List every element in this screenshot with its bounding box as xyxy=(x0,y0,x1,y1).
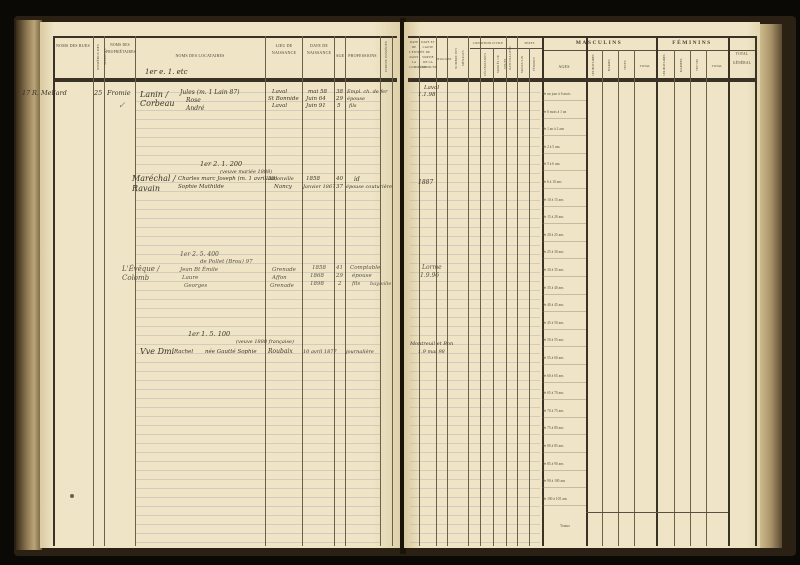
book-edge-right xyxy=(760,24,782,548)
page-hole-mark xyxy=(70,494,74,498)
age-row-rule xyxy=(542,434,586,435)
subheader-rule xyxy=(542,50,755,51)
col-line xyxy=(468,36,469,546)
col-line xyxy=(506,36,507,546)
entry-lieu: Nancy xyxy=(274,183,292,192)
col-line xyxy=(265,36,266,546)
age-row-label: De 85 à 90 ans xyxy=(542,462,586,466)
age-row-label: De 30 à 35 ans xyxy=(542,268,586,272)
entry-date: Janvier 1867 xyxy=(303,183,335,192)
entry-nom: Maréchal / Ravain xyxy=(132,174,177,194)
age-row-rule xyxy=(542,329,586,330)
header-f-celibataires: Célibataires xyxy=(661,54,669,76)
book-spine-left xyxy=(16,20,42,550)
age-row-rule xyxy=(542,382,586,383)
age-row-rule xyxy=(542,346,586,347)
age-row-label: De 65 à 70 ans xyxy=(542,391,586,395)
totals-label: Totaux xyxy=(560,524,604,528)
header-feminin: Féminin xyxy=(531,52,539,76)
age-row-label: De 10 à 15 ans xyxy=(542,198,586,202)
entry-date-entree: 1.1.98 xyxy=(418,91,436,100)
header-m-maries: Mariés xyxy=(606,54,614,76)
entry-date: Juin 91 xyxy=(306,102,326,111)
header-locataires: NOMS DES LOCATAIRES xyxy=(140,52,260,59)
age-row-label: De 1 an à 2 ans xyxy=(542,127,586,131)
header-sexes: SEXES xyxy=(517,40,542,47)
age-row-label: De 45 à 50 ans xyxy=(542,321,586,325)
age-row-label: De 75 à 80 ans xyxy=(542,426,586,430)
entry-profession: fils xyxy=(349,102,357,111)
age-row-label: De un jour à 6 mois xyxy=(542,92,586,96)
age-row-rule xyxy=(542,399,586,400)
age-row-rule xyxy=(542,100,586,101)
age-row-rule xyxy=(542,470,586,471)
age-row-label: De 6 à 10 ans xyxy=(542,180,586,184)
header-masculins: MASCULINS xyxy=(542,40,656,47)
col-line xyxy=(436,36,437,546)
entry-date-entree: 1.9.96 xyxy=(420,271,439,280)
header-date-sortie: DATE et CAUSE de sortie de la commune xyxy=(420,40,436,70)
age-row-rule xyxy=(542,311,586,312)
col-line xyxy=(334,36,335,546)
header-f-total: TOTAL xyxy=(707,63,727,70)
age-row-rule xyxy=(542,258,586,259)
entry-date-entree: 1.9 mai 98 xyxy=(418,348,445,357)
col-line xyxy=(419,36,420,546)
entry-note: (veuve 1888 française) xyxy=(236,338,294,347)
age-row-label: De 40 à 45 ans xyxy=(542,303,586,307)
entry-lieu: Roubaix xyxy=(268,347,293,356)
header-celibataires: Célibataires xyxy=(482,52,490,76)
age-row-rule xyxy=(542,487,586,488)
ruled-lines-birth xyxy=(266,84,380,544)
col-line xyxy=(602,50,603,546)
entry-nom: Vve Dmi xyxy=(140,347,174,356)
age-row-label: De 60 à 65 ans xyxy=(542,374,586,378)
age-row-rule xyxy=(542,135,586,136)
header-maries: Mariés ou veufs xyxy=(495,52,503,76)
col-line xyxy=(480,36,481,546)
col-line xyxy=(447,36,448,546)
col-line xyxy=(135,36,136,546)
entry-lieu: Grenade xyxy=(270,282,294,291)
header-m-total: TOTAL xyxy=(635,63,655,70)
age-row-label: De 2 à 5 ans xyxy=(542,145,586,149)
right-header-bottom-rule xyxy=(408,80,755,82)
age-row-rule xyxy=(542,241,586,242)
header-m-celibataires: Célibataires xyxy=(590,54,598,76)
entry-profession: fils xyxy=(352,280,360,289)
header-vertical: CHIENS POSSÉDÉS xyxy=(383,38,391,76)
col-line xyxy=(380,36,381,546)
age-row-rule xyxy=(542,188,586,189)
age-row-rule xyxy=(542,118,586,119)
age-row-label: De 6 mois à 1 an xyxy=(542,110,586,114)
age-row-label: De 55 à 60 ans xyxy=(542,356,586,360)
header-rues: NOMS des RUES xyxy=(55,42,91,49)
col-line xyxy=(53,36,55,546)
header-total-general: TOTAL GÉNÉRAL xyxy=(729,50,755,68)
age-row-rule xyxy=(542,206,586,207)
entry-age: 5 xyxy=(337,102,341,111)
entry-prenom: André xyxy=(186,104,204,113)
header-age: AGE xyxy=(335,52,345,59)
age-row-label: De 5 à 6 ans xyxy=(542,162,586,166)
col-line xyxy=(493,48,494,546)
entry-prenom: née Gautté Sophie xyxy=(205,348,257,357)
entry-note: 1er 1. 5. 100 xyxy=(188,330,230,339)
header-numeros: NUMÉROS des MAISONS xyxy=(95,40,103,74)
header-f-mariees: Mariées xyxy=(678,54,686,76)
col-line xyxy=(728,36,730,546)
col-line xyxy=(706,50,707,546)
age-row-rule xyxy=(542,417,586,418)
totals-rule xyxy=(586,512,728,513)
header-date-entree: DATE de l'entrée dans la commune xyxy=(409,40,419,70)
age-row-rule xyxy=(542,364,586,365)
entry-proprietaire: Fromie xyxy=(107,89,131,98)
entry-lieu: Laval xyxy=(272,102,287,111)
entry-row-number: 17 xyxy=(22,89,30,98)
age-row-label: De 20 à 25 ans xyxy=(542,233,586,237)
age-row-rule xyxy=(542,223,586,224)
col-line xyxy=(656,36,658,546)
age-row-label: De 15 à 20 ans xyxy=(542,215,586,219)
col-line xyxy=(690,50,691,546)
entry-age: 37 xyxy=(336,183,343,192)
col-line xyxy=(674,50,675,546)
age-row-label: De 90 à 100 ans xyxy=(542,479,586,483)
entry-nom: Lanin / Corbeau xyxy=(140,90,180,108)
age-row-rule xyxy=(542,294,586,295)
entry-prenom: Sophie Mathilde xyxy=(178,183,224,192)
ruled-lines-locataires xyxy=(136,84,266,544)
age-row-label: De 100 à 105 ans xyxy=(542,497,586,501)
header-condition-civile: CONDITION CIVILE xyxy=(470,40,506,47)
age-row-rule xyxy=(542,170,586,171)
age-row-label: De 80 à 85 ans xyxy=(542,444,586,448)
ruled-lines-right xyxy=(410,84,540,544)
age-row-label: De 35 à 40 ans xyxy=(542,286,586,290)
age-row-label: De 70 à 75 ans xyxy=(542,409,586,413)
col-line xyxy=(618,50,619,546)
col-line xyxy=(392,36,393,546)
entry-date: 1898 xyxy=(310,280,324,289)
header-ages: AGES xyxy=(542,63,586,70)
entry-extra: bay/ville xyxy=(370,280,391,289)
entry-age: 2 xyxy=(338,280,342,289)
age-row-rule xyxy=(542,505,586,506)
header-nationalites: Nationalités xyxy=(507,42,515,74)
header-lieu: LIEU de NAISSANCE xyxy=(267,42,301,56)
col-line xyxy=(93,36,94,546)
col-line xyxy=(104,36,105,546)
header-m-veufs: Veufs xyxy=(622,54,630,76)
entry-profession: épouse couturière xyxy=(346,183,392,192)
age-row-rule xyxy=(542,452,586,453)
entry-nom: L'Évêque / Colomb xyxy=(122,265,177,283)
age-row-rule xyxy=(542,276,586,277)
col-line xyxy=(345,36,346,546)
col-line xyxy=(302,36,303,546)
age-row-label: De 25 à 30 ans xyxy=(542,250,586,254)
header-proprietaires: NOMS des PROPRIÉTAIRES xyxy=(106,42,134,56)
entry-rue: R. Mellard xyxy=(32,89,67,98)
entry-prenom: Rachel xyxy=(174,348,193,357)
checkmark: ✓ xyxy=(118,102,126,111)
col-line xyxy=(529,48,530,546)
col-line xyxy=(755,36,757,546)
header-feminins: FÉMININS xyxy=(656,40,728,47)
section-note: 1er e. 1. etc xyxy=(145,68,188,77)
col-line xyxy=(517,36,518,546)
entry-prenom: Georges xyxy=(184,282,207,291)
header-masculin: Masculin xyxy=(519,52,527,76)
age-row-label: De 50 à 55 ans xyxy=(542,338,586,342)
entry-date: 10 avril 1877 xyxy=(303,348,337,357)
header-religions: RELIGIONS xyxy=(436,56,447,63)
col-line xyxy=(586,36,588,546)
header-date: DATE de NAISSANCE xyxy=(304,42,334,56)
col-line xyxy=(634,50,635,546)
entry-numero: 25 xyxy=(94,89,102,98)
header-f-veuves: Veuves xyxy=(694,54,702,76)
header-professions: PROFESSIONS xyxy=(345,52,380,59)
entry-date-entree: 1887 xyxy=(418,178,433,187)
entry-profession: journalière xyxy=(346,348,374,357)
header-menages: Nombre des ménages xyxy=(453,40,461,76)
age-row-rule xyxy=(542,153,586,154)
